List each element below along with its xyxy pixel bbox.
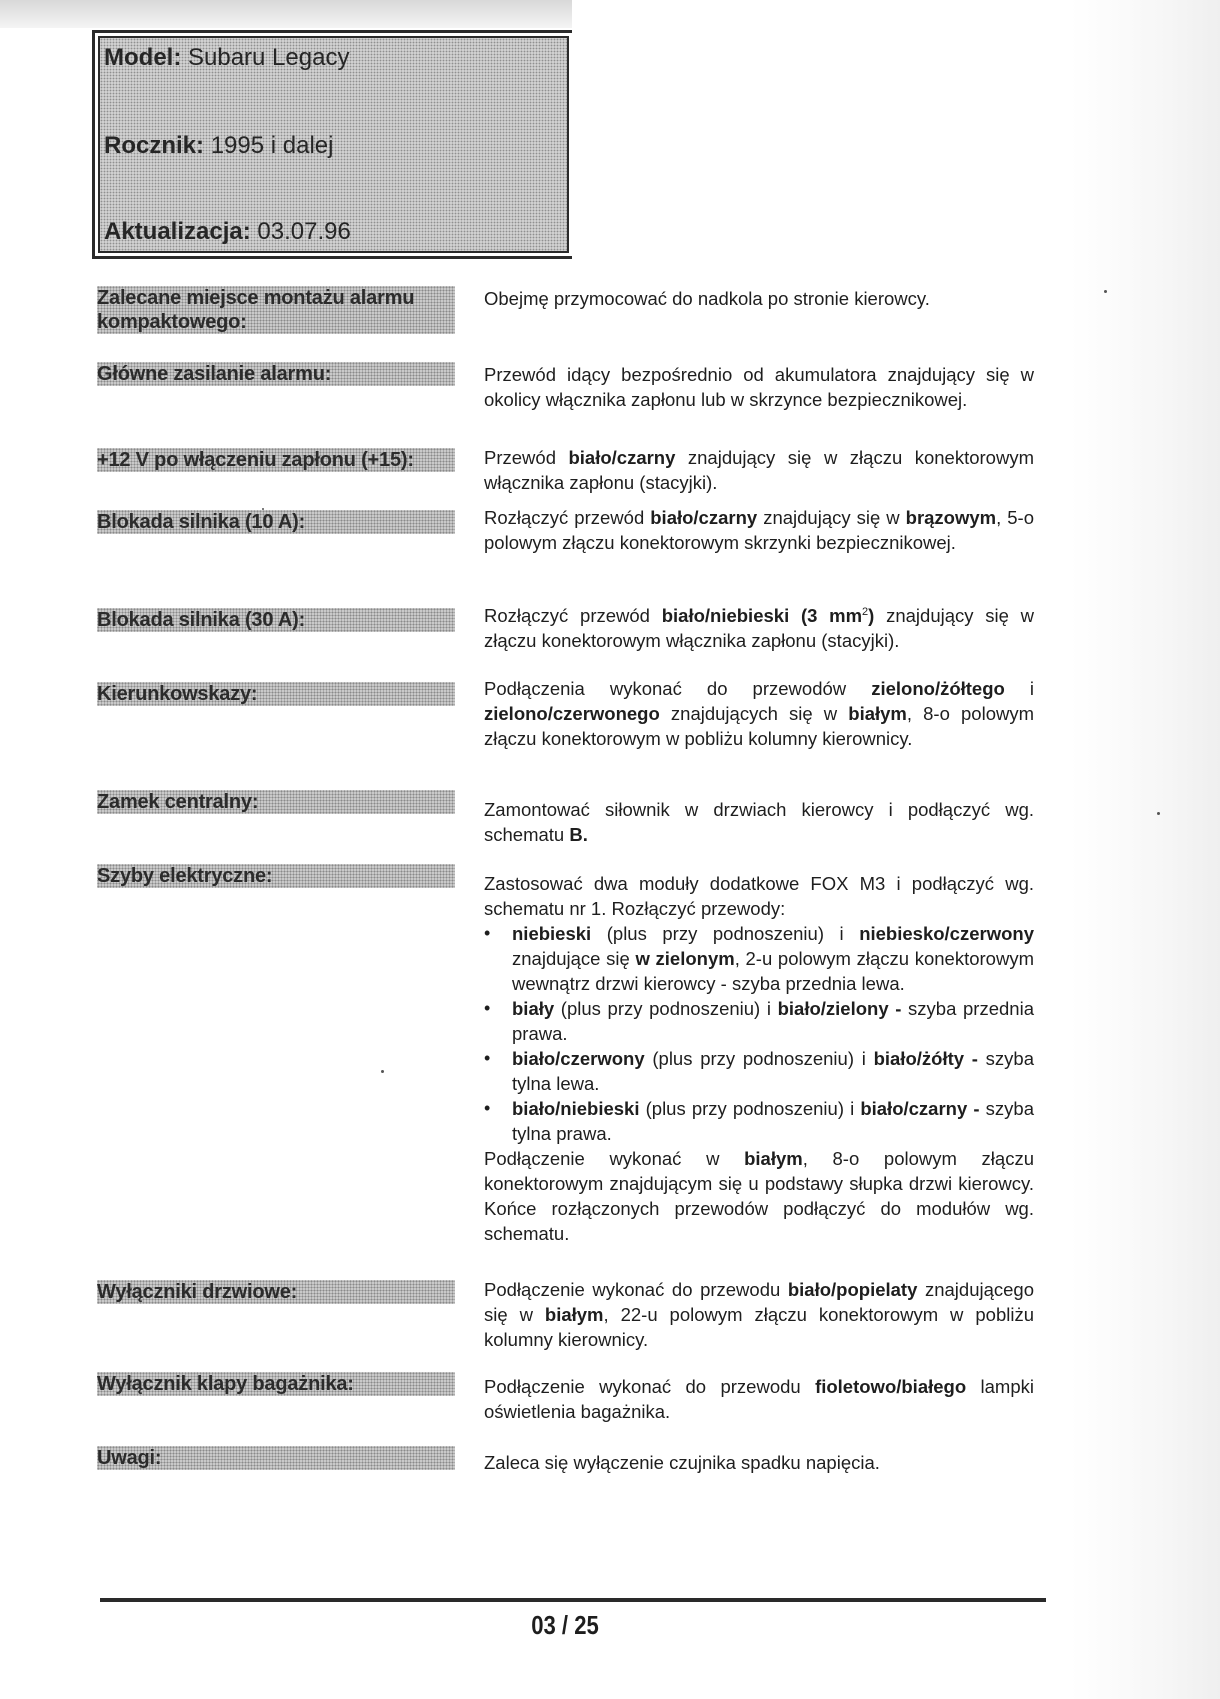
- section-text-ignition-12v: Przewód biało/czarny znajdujący się w zł…: [484, 445, 1034, 495]
- section-text-immobilizer-10a: Rozłączyć przewód biało/czarny znajdując…: [484, 505, 1034, 555]
- scan-speck: [1104, 290, 1107, 293]
- section-label-central-lock: Zamek centralny:: [97, 790, 455, 814]
- power-windows-wire-list: niebieski (plus przy podnoszeniu) i nieb…: [484, 921, 1034, 1146]
- page-number: 03 / 25: [170, 1610, 961, 1641]
- model-row: Model: Subaru Legacy: [104, 44, 349, 72]
- scan-shadow-top: [0, 0, 572, 28]
- wire-list-item: biało/niebieski (plus przy podnoszeniu) …: [484, 1096, 1034, 1146]
- section-text-door-switches: Podłączenie wykonać do przewodu biało/po…: [484, 1277, 1034, 1352]
- scan-shadow-right: [1070, 0, 1220, 1699]
- wire-list-item: biały (plus przy podnoszeniu) i biało/zi…: [484, 996, 1034, 1046]
- section-label-door-switches: Wyłączniki drzwiowe:: [97, 1280, 455, 1304]
- scan-speck: [262, 508, 264, 510]
- section-label-trunk-switch: Wyłącznik klapy bagażnika:: [97, 1372, 455, 1396]
- wire-list-item: niebieski (plus przy podnoszeniu) i nieb…: [484, 921, 1034, 996]
- year-value: 1995 i dalej: [211, 132, 334, 159]
- section-label-ignition-12v: +12 V po włączeniu zapłonu (+15):: [97, 448, 455, 472]
- section-label-immobilizer-30a: Blokada silnika (30 A):: [97, 608, 455, 632]
- vehicle-info-box: Model: Subaru Legacy Rocznik: 1995 i dal…: [92, 30, 572, 259]
- section-label-main-power: Główne zasilanie alarmu:: [97, 362, 455, 386]
- section-text-central-lock: Zamontować siłownik w drzwiach kierowcy …: [484, 797, 1034, 847]
- power-windows-connection-note: Podłączenie wykonać w białym, 8-o polowy…: [484, 1146, 1034, 1246]
- year-row: Rocznik: 1995 i dalej: [104, 132, 333, 160]
- section-label-immobilizer-10a: Blokada silnika (10 A):: [97, 510, 455, 534]
- section-text-alarm-location: Obejmę przymocować do nadkola po stronie…: [484, 286, 1034, 311]
- section-label-power-windows: Szyby elektryczne:: [97, 864, 455, 888]
- update-value: 03.07.96: [257, 218, 350, 245]
- section-text-power-windows: Zastosować dwa moduły dodatkowe FOX M3 i…: [484, 871, 1034, 1246]
- section-text-trunk-switch: Podłączenie wykonać do przewodu fioletow…: [484, 1374, 1034, 1424]
- update-label: Aktualizacja:: [104, 218, 251, 245]
- section-label-alarm-location: Zalecane miejsce montażu alarmu kompakto…: [97, 286, 455, 334]
- section-text-main-power: Przewód idący bezpośrednio od akumulator…: [484, 362, 1034, 412]
- section-label-turn-signals: Kierunkowskazy:: [97, 682, 455, 706]
- section-text-notes: Zaleca się wyłączenie czujnika spadku na…: [484, 1450, 1034, 1475]
- section-label-notes: Uwagi:: [97, 1446, 455, 1470]
- scan-speck: [381, 1070, 384, 1073]
- section-text-immobilizer-30a: Rozłączyć przewód biało/niebieski (3 mm2…: [484, 603, 1034, 653]
- model-value: Subaru Legacy: [188, 44, 349, 71]
- power-windows-intro: Zastosować dwa moduły dodatkowe FOX M3 i…: [484, 871, 1034, 921]
- section-text-turn-signals: Podłączenia wykonać do przewodów zielono…: [484, 676, 1034, 751]
- footer-rule: [100, 1598, 1046, 1602]
- model-label: Model:: [104, 44, 181, 71]
- wire-list-item: biało/czerwony (plus przy podnoszeniu) i…: [484, 1046, 1034, 1096]
- scan-speck: [1157, 812, 1160, 815]
- vehicle-info-inner: Model: Subaru Legacy Rocznik: 1995 i dal…: [98, 36, 569, 253]
- year-label: Rocznik:: [104, 132, 204, 159]
- update-row: Aktualizacja: 03.07.96: [104, 218, 351, 246]
